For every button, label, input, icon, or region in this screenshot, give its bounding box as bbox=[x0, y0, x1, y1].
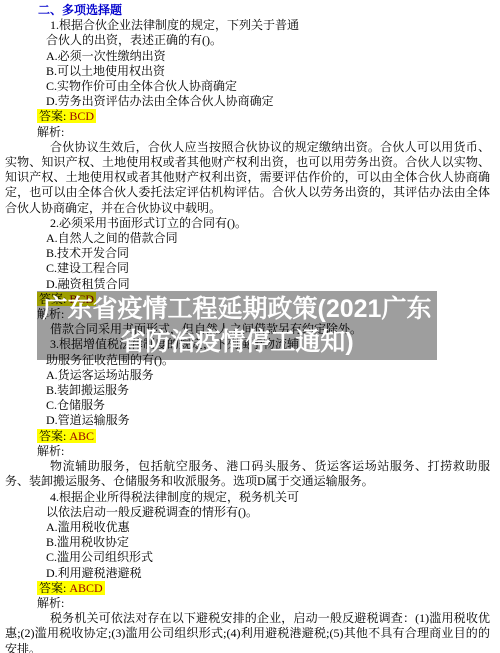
option-a: A.必须一次性缴纳出资 bbox=[46, 49, 500, 64]
analysis-text: 物流辅助服务，包括航空服务、港口码头服务、货运客运场站服务、打捞救助服务、装卸搬… bbox=[5, 459, 490, 489]
question-stem: 合伙人的出资，表述正确的有()。 bbox=[46, 33, 500, 48]
answer-value: ABCD bbox=[69, 581, 102, 595]
option-d: D.利用避税港避税 bbox=[46, 566, 500, 581]
option-c: C.建设工程合同 bbox=[46, 261, 500, 276]
question-block: 3.根据增值税法律制度的规定，下列属于物流辅 助服务征收范围的有()。 A.货运… bbox=[0, 337, 500, 489]
analysis-label: 解析: bbox=[37, 596, 500, 611]
answer-line: 答案: BCD bbox=[37, 109, 500, 124]
watermark-overlay: 广东省疫情工程延期政策(2021广东 省防治疫情停工通知) bbox=[37, 291, 437, 360]
answer-label: 答案: bbox=[39, 109, 66, 123]
option-d: D.管道运输服务 bbox=[46, 413, 500, 428]
option-d: D.劳务出资评估办法由全体合伙人协商确定 bbox=[46, 94, 500, 109]
option-d: D.融资租赁合同 bbox=[46, 277, 500, 292]
question-stem: 以依法启动一般反避税调查的情形有()。 bbox=[46, 505, 500, 520]
answer-value: ABC bbox=[69, 429, 94, 443]
watermark-title-line2: 省防治疫情停工通知) bbox=[120, 326, 353, 359]
option-a: A.自然人之间的借款合同 bbox=[46, 231, 500, 246]
section-title: 二、多项选择题 bbox=[38, 3, 500, 18]
answer-value: BCD bbox=[69, 109, 94, 123]
answer-line: 答案: ABC bbox=[37, 429, 500, 444]
question-stem: 4.根据企业所得税法律制度的规定，税务机关可 bbox=[50, 490, 500, 505]
option-b: B.可以土地使用权出资 bbox=[46, 64, 500, 79]
question-stem: 2.必须采用书面形式订立的合同有()。 bbox=[50, 216, 500, 231]
analysis-text: 税务机关可依法对存在以下避税安排的企业，启动一般反避税调查：(1)滥用税收优惠;… bbox=[5, 611, 490, 653]
analysis-label: 解析: bbox=[37, 125, 500, 140]
option-a: A.滥用税收优惠 bbox=[46, 520, 500, 535]
option-b: B.技术开发合同 bbox=[46, 246, 500, 261]
analysis-text: 合伙协议生效后，合伙人应当按照合伙协议的规定缴纳出资。合伙人可以用货币、实物、知… bbox=[5, 140, 490, 216]
question-stem: 1.根据合伙企业法律制度的规定，下列关于普通 bbox=[50, 18, 500, 33]
question-block: 1.根据合伙企业法律制度的规定，下列关于普通 合伙人的出资，表述正确的有()。 … bbox=[0, 18, 500, 216]
answer-label: 答案: bbox=[39, 429, 66, 443]
analysis-label: 解析: bbox=[37, 444, 500, 459]
answer-line: 答案: ABCD bbox=[37, 581, 500, 596]
watermark-title-line1: 广东省疫情工程延期政策(2021广东 bbox=[43, 293, 432, 326]
option-c: C.实物作价可由全体合伙人协商确定 bbox=[46, 79, 500, 94]
option-a: A.货运客运场站服务 bbox=[46, 368, 500, 383]
answer-label: 答案: bbox=[39, 581, 66, 595]
option-b: B.装卸搬运服务 bbox=[46, 383, 500, 398]
option-b: B.滥用税收协定 bbox=[46, 535, 500, 550]
option-c: C.滥用公司组织形式 bbox=[46, 550, 500, 565]
option-c: C.仓储服务 bbox=[46, 398, 500, 413]
question-block: 4.根据企业所得税法律制度的规定，税务机关可 以依法启动一般反避税调查的情形有(… bbox=[0, 490, 500, 653]
